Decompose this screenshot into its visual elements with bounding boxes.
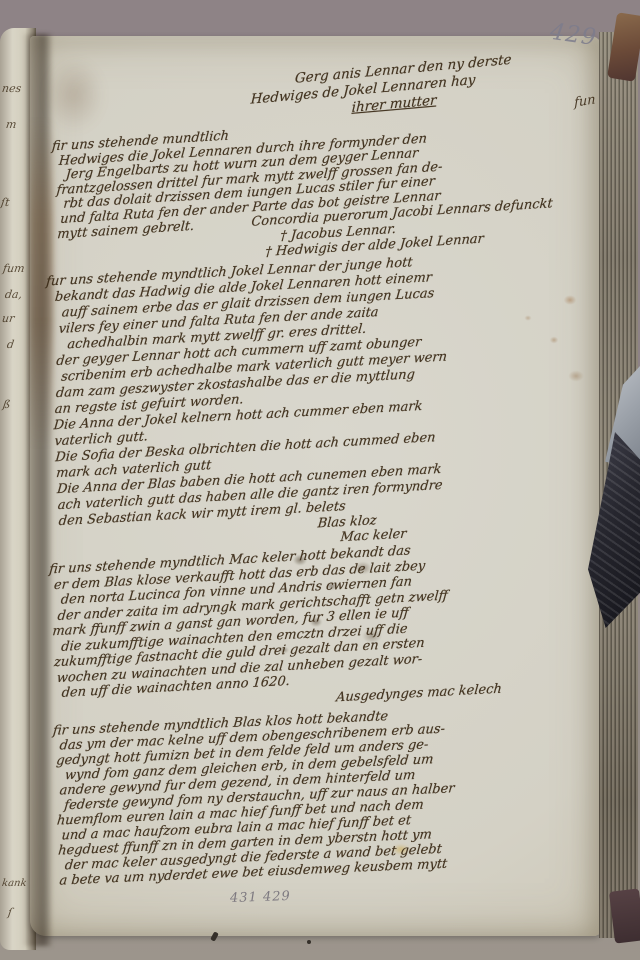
text-fragment: fum [2, 262, 25, 275]
cover-corner [609, 888, 640, 943]
paragraph-4: fir uns stehende myndtlich Blas klos hot… [53, 700, 594, 888]
binding-corner [607, 12, 640, 82]
binding-gutter-shadow [22, 34, 52, 946]
paragraph-2: fur uns stehende myndtlich Jokel Lennar … [46, 246, 604, 530]
shelf-number: 431 429 [230, 889, 291, 906]
ink-speck [307, 940, 311, 944]
paragraph-3: fir uns stehende myndtlich Mac keler hot… [49, 534, 601, 702]
text-fragment: m [5, 118, 17, 131]
text-fragment: ur [1, 312, 15, 325]
text-fragment: da, [4, 288, 23, 301]
text-fragment: ſt [0, 196, 10, 209]
text-fragment: nes [1, 82, 22, 95]
manuscript-photo: nesmſtfumda,urdßkankſ Gerg anis Lennar d… [0, 0, 640, 960]
text-fragment: kank [1, 878, 27, 889]
heading-blas-kloz: Blas klozMac keler [317, 512, 407, 547]
